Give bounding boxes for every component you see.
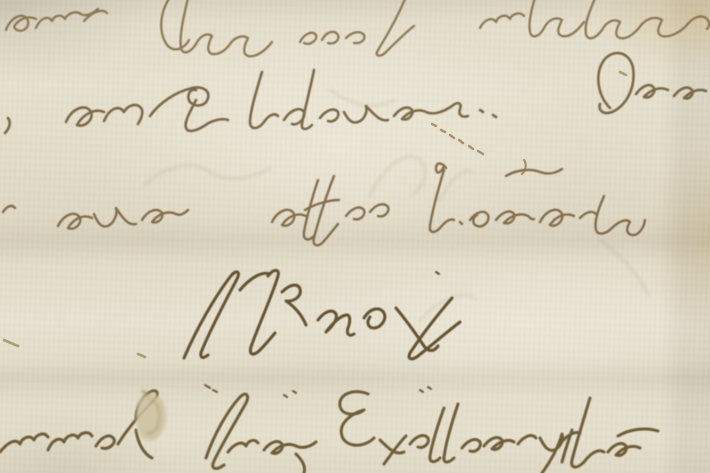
word-excellency <box>340 392 563 473</box>
dotted-diagonal-specks <box>432 124 483 154</box>
handwriting-line-2 <box>5 53 706 133</box>
ink-smudge <box>136 391 166 441</box>
word-ew <box>6 9 107 31</box>
signature-fleck <box>436 272 439 274</box>
comma-fragment <box>5 118 10 133</box>
handwriting-line-5 <box>0 385 658 473</box>
word-ever <box>58 208 188 229</box>
word-med <box>0 391 157 458</box>
word-best <box>300 0 414 56</box>
word-believe <box>250 70 468 129</box>
ink-showthrough-marks <box>145 90 648 320</box>
word-wishes <box>480 0 709 38</box>
signature-hknox <box>184 270 460 359</box>
comma-mark <box>522 160 526 174</box>
paper-marks <box>4 72 626 357</box>
handwriting-ink-layer <box>0 0 710 473</box>
signature-n <box>318 311 354 335</box>
word-the <box>161 0 272 56</box>
signature-o <box>364 309 385 328</box>
t-cross-flourish <box>506 169 562 176</box>
manuscript-photo: ew the best wishes and believe Dear ever… <box>0 0 710 473</box>
signature-x <box>396 298 460 359</box>
handwriting-line-1 <box>6 0 709 56</box>
word-fragment-left <box>3 206 15 212</box>
ink-specks-above <box>205 385 431 397</box>
word-and <box>66 87 228 130</box>
signature-h-stroke <box>184 272 238 358</box>
signature-k-stem <box>240 270 278 354</box>
handwriting-line-3 <box>3 164 645 246</box>
ink-dots <box>480 110 496 117</box>
word-dear <box>598 53 706 113</box>
word-his <box>206 394 316 473</box>
word-the <box>560 398 658 467</box>
signature-k-arm <box>282 285 306 325</box>
fiber-specks <box>4 72 626 357</box>
